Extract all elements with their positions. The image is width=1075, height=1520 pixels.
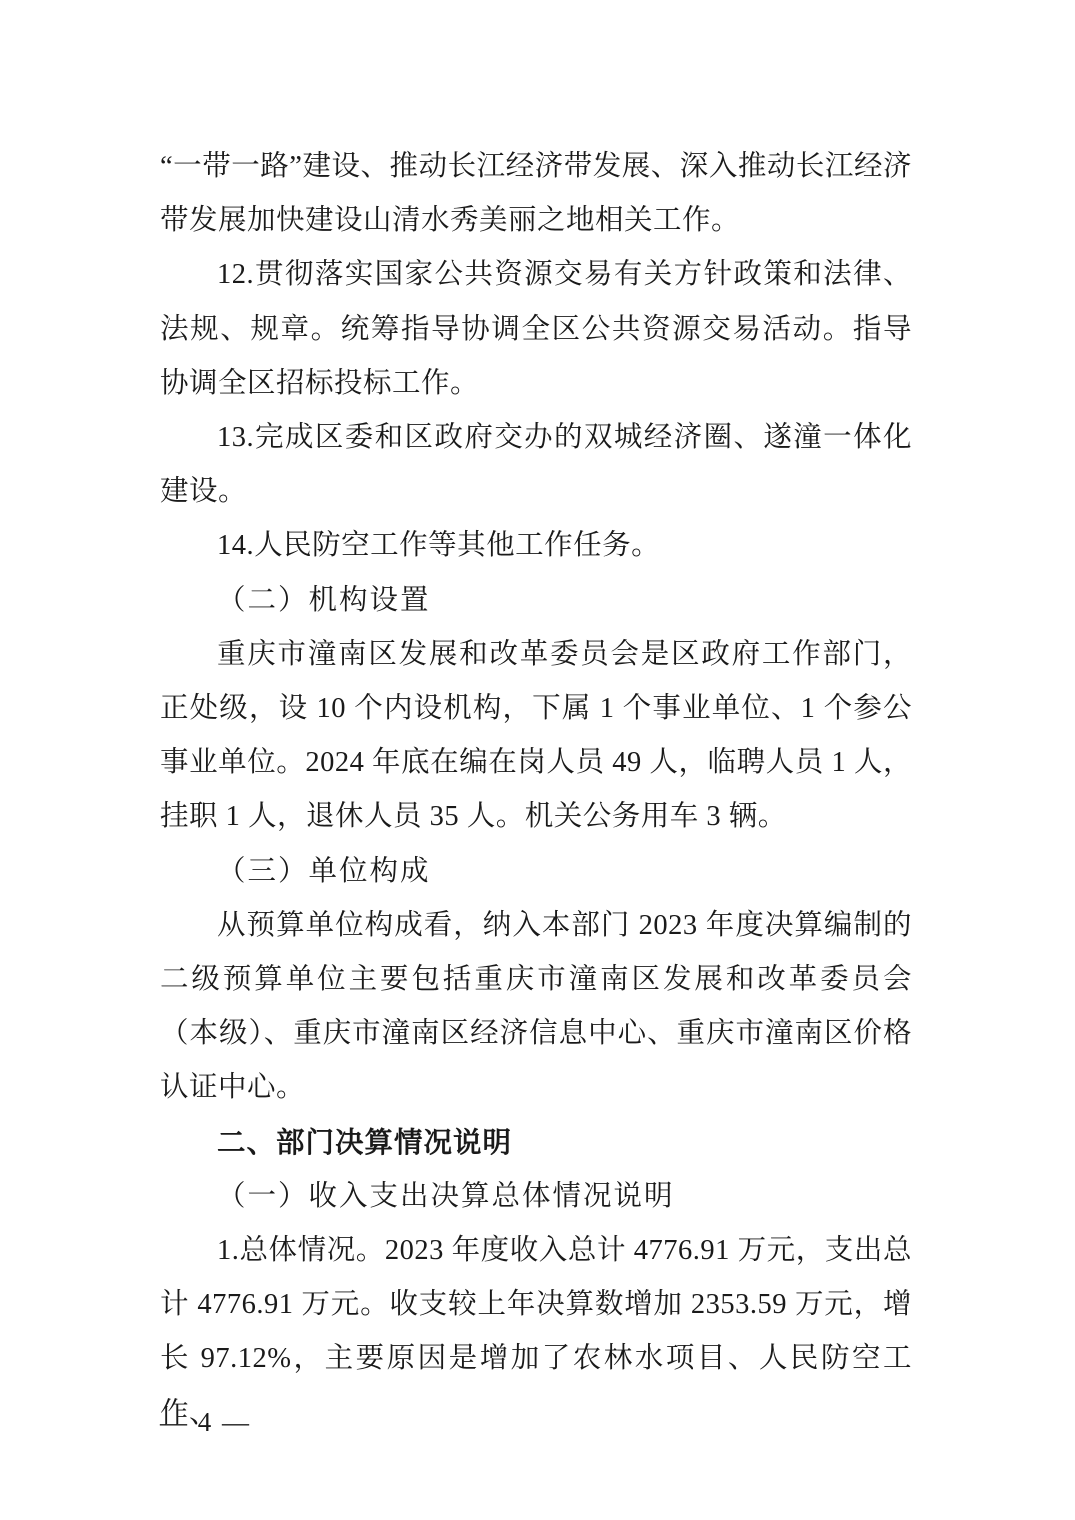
sub-heading: （二）机构设置 <box>160 574 912 628</box>
body-paragraph: “一带一路”建设、推动长江经济带发展、深入推动长江经济带发展加快建设山清水秀美丽… <box>160 140 912 248</box>
page-number: — 4 — <box>160 1402 251 1442</box>
body-paragraph: 从预算单位构成看，纳入本部门 2023 年度决算编制的二级预算单位主要包括重庆市… <box>160 899 912 1116</box>
sub-heading: （一）收入支出决算总体情况说明 <box>160 1170 912 1224</box>
body-paragraph: 1.总体情况。2023 年度收入总计 4776.91 万元，支出总计 4776.… <box>160 1224 912 1441</box>
document-body: “一带一路”建设、推动长江经济带发展、深入推动长江经济带发展加快建设山清水秀美丽… <box>160 140 912 1441</box>
section-heading: 二、部门决算情况说明 <box>160 1116 912 1170</box>
body-paragraph: 12.贯彻落实国家公共资源交易有关方针政策和法律、法规、规章。统筹指导协调全区公… <box>160 248 912 411</box>
document-page: “一带一路”建设、推动长江经济带发展、深入推动长江经济带发展加快建设山清水秀美丽… <box>0 0 1075 1520</box>
body-paragraph: 14.人民防空工作等其他工作任务。 <box>160 519 912 573</box>
body-paragraph: 重庆市潼南区发展和改革委员会是区政府工作部门，正处级，设 10 个内设机构，下属… <box>160 628 912 845</box>
body-paragraph: 13.完成区委和区政府交办的双城经济圈、遂潼一体化建设。 <box>160 411 912 519</box>
sub-heading: （三）单位构成 <box>160 845 912 899</box>
